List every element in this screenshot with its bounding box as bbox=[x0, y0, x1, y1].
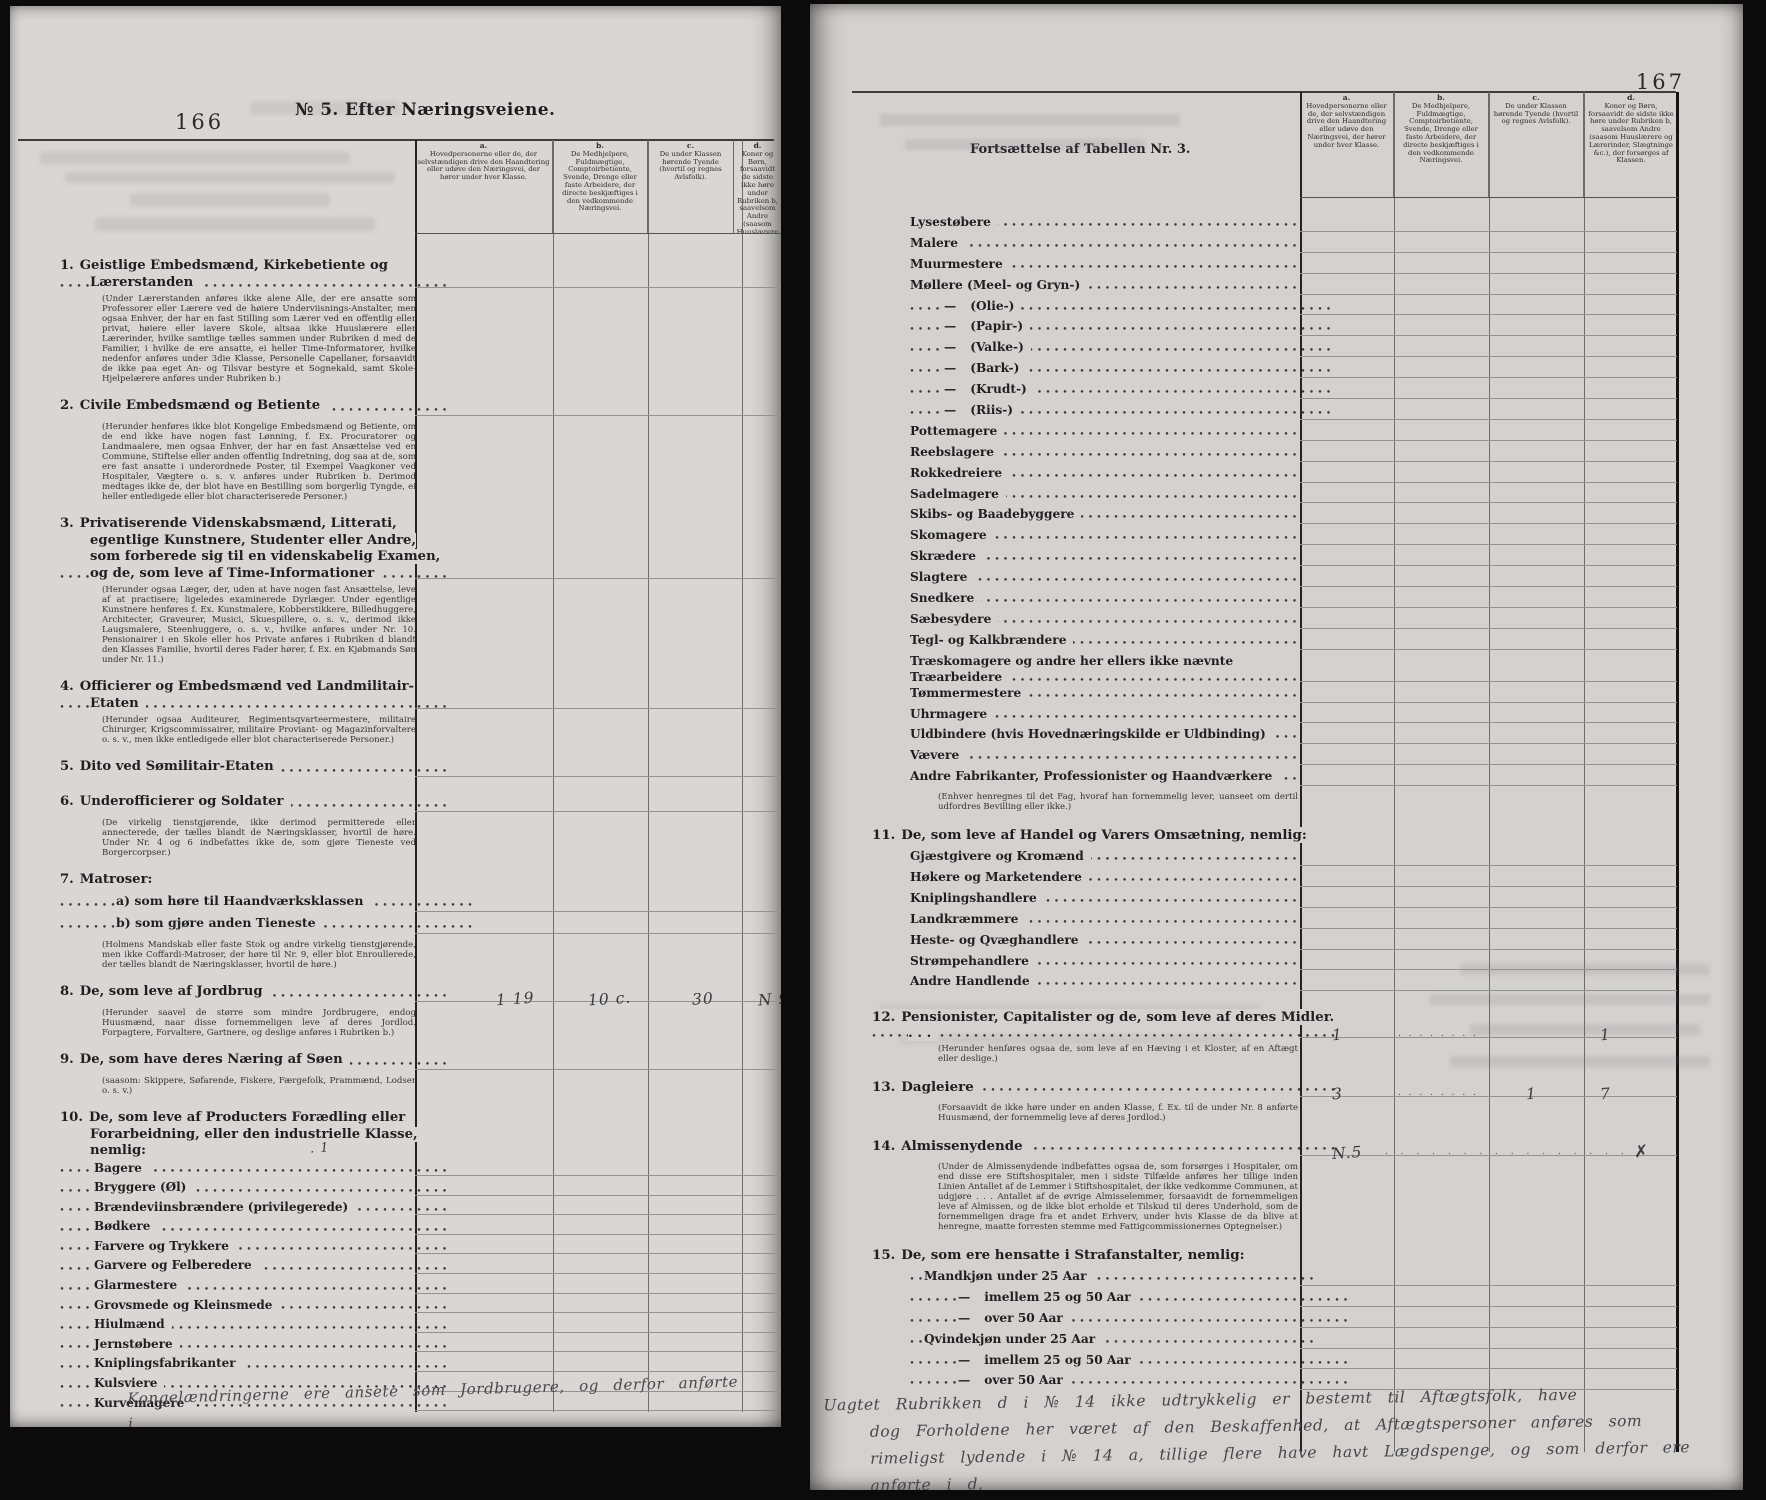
table-row-line bbox=[1300, 865, 1677, 866]
row-label: Grovsmede og Kleinsmede bbox=[94, 1298, 279, 1312]
row-text: Andre Handlende bbox=[910, 973, 1300, 989]
table-row-line bbox=[1300, 461, 1677, 462]
occupation-row: Uldbindere (hvis Hovednæringskilde er Ul… bbox=[810, 726, 1743, 747]
row-label: b) som gjøre anden Tieneste bbox=[116, 915, 323, 930]
row-text: a) som høre til Haandværksklassen bbox=[60, 893, 473, 910]
row-text: Kniplingsfabrikanter bbox=[60, 1355, 451, 1372]
row-label: Strømpehandlere bbox=[910, 954, 1036, 968]
row-note: (Herunder henføres ikke blot Kongelige E… bbox=[102, 422, 416, 502]
table-row-line bbox=[1300, 681, 1677, 682]
table-row-line bbox=[1300, 722, 1677, 723]
table-row-line bbox=[1300, 335, 1677, 336]
row-text: —over 50 Aar bbox=[910, 1310, 1348, 1326]
row-label: Dito ved Sømilitair-Etaten bbox=[80, 759, 281, 774]
occupation-row: 13.Dagleiere3. . . . . . . .17 bbox=[810, 1079, 1743, 1100]
row-label: Snedkere bbox=[910, 591, 981, 605]
occupation-row: 6.Underofficierer og Soldater bbox=[10, 794, 781, 815]
occupation-row: Vævere bbox=[810, 747, 1743, 768]
occupation-row: Bagere bbox=[10, 1160, 781, 1180]
occupation-row: 4.Officierer og Embedsmænd ved Landmilit… bbox=[10, 679, 781, 712]
table-row-line bbox=[1300, 440, 1677, 441]
row-number: 8. bbox=[60, 984, 80, 999]
handwritten-entry: 3 bbox=[1331, 1085, 1343, 1104]
occupation-row: Møllere (Meel- og Gryn-) bbox=[810, 277, 1743, 298]
occupation-row: Rokkedreiere bbox=[810, 465, 1743, 486]
row-label: Lysestøbere bbox=[910, 215, 998, 229]
occupation-row: Kniplingshandlere bbox=[810, 890, 1743, 911]
handwritten-entry: 10 c. bbox=[587, 989, 631, 1010]
row-number: 4. bbox=[60, 679, 80, 694]
table-row-line bbox=[1300, 502, 1677, 503]
occupation-row: Hiulmænd bbox=[10, 1316, 781, 1336]
row-number: 14. bbox=[872, 1138, 901, 1154]
table-row-line bbox=[1300, 1096, 1677, 1097]
row-text: —imellem 25 og 50 Aar bbox=[910, 1352, 1348, 1368]
occupation-row: Sadelmagere bbox=[810, 486, 1743, 507]
row-text: Snedkere bbox=[910, 590, 1300, 606]
row-label: over 50 Aar bbox=[984, 1311, 1070, 1325]
row-label: imellem 25 og 50 Aar bbox=[984, 1290, 1138, 1304]
handwritten-entry: 1 19 bbox=[495, 989, 535, 1010]
table-row-line bbox=[1300, 764, 1677, 765]
dash-mark: — bbox=[958, 1290, 984, 1304]
handwritten-entry: 1 bbox=[1331, 1026, 1343, 1045]
row-text: Strømpehandlere bbox=[910, 953, 1300, 969]
occupation-row: 8.De, som leve af Jordbrug1 1910 c.30N 9… bbox=[10, 984, 781, 1005]
column-letter: c. bbox=[650, 142, 731, 150]
column-letter: c. bbox=[1491, 94, 1581, 102]
column-header-b: b.De Medhjelpere, Fuldmægtige, Comptoirb… bbox=[1394, 92, 1489, 197]
column-header-text: De Medhjelpere, Fuldmægtige, Comptoirbet… bbox=[1403, 102, 1479, 165]
occupation-row: 9.De, som have deres Næring af Søen bbox=[10, 1052, 781, 1073]
row-label: Bødkere bbox=[94, 1219, 157, 1233]
occupation-row: Skomagere bbox=[810, 527, 1743, 548]
row-text: Bødkere bbox=[60, 1218, 451, 1235]
occupation-rows: LysestøbereMalereMuurmestereMøllere (Mee… bbox=[810, 214, 1743, 1393]
row-label: Sadelmagere bbox=[910, 487, 1006, 501]
occupation-row: Qvindekjøn under 25 Aar bbox=[810, 1331, 1743, 1352]
dash-mark: — bbox=[944, 403, 970, 417]
table-row-line bbox=[415, 1293, 781, 1294]
row-note: (Herunder ogsaa Læger, der, uden at have… bbox=[102, 585, 416, 665]
column-header-text: De under Klassen hørende Tyende (hvortil… bbox=[1494, 102, 1578, 126]
row-label: Pensionister, Capitalister og de, som le… bbox=[901, 1009, 1334, 1041]
row-text: Uldbindere (hvis Hovednæringskilde er Ul… bbox=[910, 726, 1300, 742]
row-label: De, som leve af Jordbrug bbox=[80, 984, 270, 999]
row-number: 15. bbox=[872, 1247, 901, 1263]
table-row-line bbox=[415, 1273, 781, 1274]
occupation-row: Strømpehandlere bbox=[810, 953, 1743, 974]
row-text: Grovsmede og Kleinsmede bbox=[60, 1297, 451, 1314]
dash-mark: — bbox=[958, 1311, 984, 1325]
handwritten-entry: N 97 bbox=[757, 989, 781, 1010]
row-text: 14.Almissenydende bbox=[872, 1138, 1336, 1154]
occupation-row: Jernstøbere bbox=[10, 1336, 781, 1356]
row-text: 13.Dagleiere bbox=[872, 1079, 1336, 1095]
row-label: Jernstøbere bbox=[94, 1337, 180, 1351]
row-label: Tømmermestere bbox=[910, 686, 1028, 700]
row-label: Glarmestere bbox=[94, 1278, 184, 1292]
row-text: Malere bbox=[910, 235, 1300, 251]
occupation-row: —imellem 25 og 50 Aar bbox=[810, 1352, 1743, 1373]
row-text: Uhrmagere bbox=[910, 706, 1300, 722]
occupation-row: 3.Privatiserende Videnskabsmænd, Littera… bbox=[10, 516, 781, 582]
occupation-row: Pottemagere bbox=[810, 423, 1743, 444]
occupation-row: —imellem 25 og 50 Aar bbox=[810, 1289, 1743, 1310]
table-row-line bbox=[415, 1195, 781, 1196]
table-row-line bbox=[415, 1234, 781, 1235]
row-number: 5. bbox=[60, 759, 80, 774]
occupation-row: Tegl- og Kalkbrændere bbox=[810, 632, 1743, 653]
row-label: imellem 25 og 50 Aar bbox=[984, 1353, 1138, 1367]
table-row-line bbox=[1300, 1327, 1677, 1328]
table-row-line bbox=[1300, 231, 1677, 232]
dash-mark: — bbox=[944, 299, 970, 313]
row-label: a) som høre til Haandværksklassen bbox=[116, 893, 370, 908]
column-letter: d. bbox=[736, 142, 779, 150]
occupation-row: Reebslagere bbox=[810, 444, 1743, 465]
row-label: over 50 Aar bbox=[984, 1373, 1070, 1387]
row-text: —imellem 25 og 50 Aar bbox=[910, 1289, 1348, 1305]
row-label: Tegl- og Kalkbrændere bbox=[910, 633, 1073, 647]
bleed-smudge bbox=[95, 218, 375, 231]
row-label: De, som leve af Producters Forædling ell… bbox=[89, 1110, 418, 1158]
occupation-row: 1.Geistlige Embedsmænd, Kirkebetiente og… bbox=[10, 258, 781, 291]
row-text: b) som gjøre anden Tieneste bbox=[60, 915, 473, 932]
row-text: Heste- og Qvæghandlere bbox=[910, 932, 1300, 948]
row-label: De, som ere hensatte i Strafanstalter, n… bbox=[901, 1247, 1251, 1263]
row-label: Dagleiere bbox=[901, 1079, 980, 1095]
occupation-row: Lysestøbere bbox=[810, 214, 1743, 235]
handwritten-entry: 1 bbox=[1599, 1026, 1611, 1045]
table-row-line bbox=[415, 1332, 781, 1333]
table-row-line bbox=[1300, 1368, 1677, 1369]
occupation-row: 11.De, som leve af Handel og Varers Omsæ… bbox=[810, 827, 1743, 848]
column-header-d: d.Koner og Børn, forsaavidt de sidste ik… bbox=[1584, 92, 1678, 197]
row-note: (Under de Almissenydende indbefattes ogs… bbox=[938, 1162, 1298, 1232]
row-text: Tømmermestere bbox=[910, 685, 1300, 701]
column-headers: a.Hovedpersonerne eller de, der selvstæn… bbox=[415, 140, 781, 234]
occupation-row: Bødkere bbox=[10, 1218, 781, 1238]
row-label: Uldbindere (hvis Hovednæringskilde er Ul… bbox=[910, 727, 1273, 741]
table-row-line bbox=[1300, 743, 1677, 744]
row-label: (Valke-) bbox=[970, 340, 1031, 354]
row-label: Matroser: bbox=[80, 872, 160, 887]
table-row-line bbox=[415, 811, 781, 812]
row-label: Heste- og Qvæghandlere bbox=[910, 933, 1086, 947]
handwritten-entry: . . . . . . . . . . . . . . . . bbox=[1385, 1147, 1629, 1157]
row-number: 10. bbox=[60, 1110, 89, 1125]
occupation-row: Træskomagere og andre her ellers ikke næ… bbox=[810, 653, 1743, 685]
row-text: —(Riis-) bbox=[910, 402, 1334, 418]
page-number-left: 166 bbox=[175, 110, 224, 134]
row-label: Skrædere bbox=[910, 549, 983, 563]
table-row-line bbox=[1300, 523, 1677, 524]
row-text: —(Krudt-) bbox=[910, 381, 1334, 397]
row-text: Sadelmagere bbox=[910, 486, 1300, 502]
row-text: —(Olie-) bbox=[910, 298, 1334, 314]
row-label: Civile Embedsmænd og Betiente bbox=[80, 398, 327, 413]
row-note: (Enhver henregnes til det Fag, hvoraf ha… bbox=[938, 792, 1298, 812]
row-text: Gjæstgivere og Kromænd bbox=[910, 848, 1300, 864]
row-number: 9. bbox=[60, 1052, 80, 1067]
row-text: Jernstøbere bbox=[60, 1336, 451, 1353]
row-number: 2. bbox=[60, 398, 80, 413]
occupation-row: —(Valke-) bbox=[810, 339, 1743, 360]
table-row-line bbox=[1300, 398, 1677, 399]
table-row-line bbox=[1300, 1037, 1677, 1038]
row-number: 6. bbox=[60, 794, 80, 809]
occupation-row: Skrædere bbox=[810, 548, 1743, 569]
occupation-row: Grovsmede og Kleinsmede bbox=[10, 1297, 781, 1317]
row-note: (De virkelig tienstgjørende, ikke derimo… bbox=[102, 818, 416, 858]
row-label: (Krudt-) bbox=[970, 382, 1034, 396]
row-text: 6.Underofficierer og Soldater bbox=[60, 794, 447, 811]
row-text: 5.Dito ved Sømilitair-Etaten bbox=[60, 759, 447, 776]
row-label: Træskomagere og andre her ellers ikke næ… bbox=[910, 654, 1233, 684]
column-header-text: Hovedpersonerne eller de, der selvstændi… bbox=[1306, 102, 1386, 149]
row-label: Garvere og Felberedere bbox=[94, 1258, 259, 1272]
column-header-d: d.Koner og Børn, forsaavidt de sidste ik… bbox=[734, 140, 781, 233]
row-text: 8.De, som leve af Jordbrug bbox=[60, 984, 447, 1001]
occupation-row: Uhrmagere bbox=[810, 706, 1743, 727]
row-number: 11. bbox=[872, 827, 901, 843]
table-row-line bbox=[1300, 377, 1677, 378]
occupation-row: 12.Pensionister, Capitalister og de, som… bbox=[810, 1009, 1743, 1041]
handwritten-note: Uagtet Rubrikken d i № 14 ikke udtrykkel… bbox=[823, 1380, 1736, 1490]
occupation-row: Gjæstgivere og Kromænd bbox=[810, 848, 1743, 869]
dash-mark: — bbox=[944, 319, 970, 333]
row-number: 13. bbox=[872, 1079, 901, 1095]
table-row-line bbox=[415, 1312, 781, 1313]
table-row-line bbox=[1300, 702, 1677, 703]
column-header-text: De Medhjelpere, Fuldmægtige, Comptoirbet… bbox=[562, 150, 638, 213]
row-text: 15.De, som ere hensatte i Strafanstalter… bbox=[872, 1247, 1336, 1263]
row-label: Bagere bbox=[94, 1161, 149, 1175]
row-text: Pottemagere bbox=[910, 423, 1300, 439]
row-label: Slagtere bbox=[910, 570, 974, 584]
row-label: Kniplingshandlere bbox=[910, 891, 1044, 905]
occupation-row: 10.De, som leve af Producters Forædling … bbox=[10, 1110, 781, 1160]
row-label: (Olie-) bbox=[970, 299, 1021, 313]
row-text: 11.De, som leve af Handel og Varers Omsæ… bbox=[872, 827, 1336, 843]
row-label: De, som leve af Handel og Varers Omsætni… bbox=[901, 827, 1314, 843]
table-row-line bbox=[1300, 586, 1677, 587]
table-row-line bbox=[1300, 949, 1677, 950]
table-row-line bbox=[1300, 419, 1677, 420]
column-header-a: a.Hovedpersonerne eller de, der selvstæn… bbox=[415, 140, 553, 233]
row-label: Vævere bbox=[910, 748, 966, 762]
table-row-line bbox=[415, 578, 781, 579]
handwritten-entry: 1 bbox=[1525, 1085, 1537, 1104]
table-row-line bbox=[415, 933, 781, 934]
occupation-row: —(Papir-) bbox=[810, 318, 1743, 339]
row-number: 3. bbox=[60, 516, 80, 531]
handwritten-entry: ✗ bbox=[1633, 1142, 1650, 1163]
table-row-line bbox=[1300, 356, 1677, 357]
column-header-text: De under Klassen hørende Tyende (hvortil… bbox=[659, 150, 721, 181]
row-note: (saasom: Skippere, Søfarende, Fiskere, F… bbox=[102, 1076, 416, 1096]
row-label: Skibs- og Baadebyggere bbox=[910, 507, 1081, 521]
dash-mark: — bbox=[944, 361, 970, 375]
row-note: (Holmens Mandskab eller faste Stok og an… bbox=[102, 940, 416, 970]
occupation-rows: 1.Geistlige Embedsmænd, Kirkebetiente og… bbox=[10, 244, 781, 1414]
scanned-census-spread: 166 № 5. Efter Næringsveiene. a.Hovedper… bbox=[0, 0, 1766, 1500]
row-text: Slagtere bbox=[910, 569, 1300, 585]
row-text: Bryggere (Øl) bbox=[60, 1179, 451, 1196]
table-row-line bbox=[415, 1253, 781, 1254]
table-row-line bbox=[1300, 928, 1677, 929]
handwritten-entry: 7 bbox=[1599, 1085, 1611, 1104]
occupation-row: Høkere og Marketendere bbox=[810, 869, 1743, 890]
occupation-row: a) som høre til Haandværksklassen bbox=[10, 893, 781, 915]
page-right-167: 167 Fortsættelse af Tabellen Nr. 3. a.Ho… bbox=[810, 4, 1743, 1490]
row-label: Reebslagere bbox=[910, 445, 1001, 459]
row-text: Farvere og Trykkere bbox=[60, 1238, 451, 1255]
occupation-row: —over 50 Aar bbox=[810, 1310, 1743, 1331]
row-label: Almissenydende bbox=[901, 1138, 1029, 1154]
occupation-row: Andre Fabrikanter, Professionister og Ha… bbox=[810, 768, 1743, 789]
row-label: Landkræmmere bbox=[910, 912, 1025, 926]
occupation-row: Farvere og Trykkere bbox=[10, 1238, 781, 1258]
occupation-row: 5.Dito ved Sømilitair-Etaten bbox=[10, 759, 781, 780]
row-text: 12.Pensionister, Capitalister og de, som… bbox=[872, 1009, 1336, 1041]
table-row-line bbox=[415, 1351, 781, 1352]
row-label: (Riis-) bbox=[970, 403, 1020, 417]
row-text: Glarmestere bbox=[60, 1277, 451, 1294]
row-text: 9.De, som have deres Næring af Søen bbox=[60, 1052, 447, 1069]
table-row-line bbox=[415, 1214, 781, 1215]
table-row-line bbox=[1300, 607, 1677, 608]
row-label: (Bark-) bbox=[970, 361, 1026, 375]
occupation-row: Sæbesydere bbox=[810, 611, 1743, 632]
table-row-line bbox=[415, 708, 781, 709]
row-label: Pottemagere bbox=[910, 424, 1004, 438]
row-label: De, som have deres Næring af Søen bbox=[80, 1052, 350, 1067]
row-label: Rokkedreiere bbox=[910, 466, 1009, 480]
row-text: 4.Officierer og Embedsmænd ved Landmilit… bbox=[60, 679, 447, 712]
row-label: Mandkjøn under 25 Aar bbox=[924, 1269, 1094, 1283]
row-number: 1. bbox=[60, 258, 80, 273]
occupation-row: Slagtere bbox=[810, 569, 1743, 590]
handwritten-entry: 30 bbox=[691, 989, 714, 1008]
handwritten-entry: N.5 bbox=[1331, 1143, 1363, 1163]
row-text: Muurmestere bbox=[910, 256, 1300, 272]
column-header-a: a.Hovedpersonerne eller de, der selvstæn… bbox=[1300, 92, 1394, 197]
occupation-row: Landkræmmere bbox=[810, 911, 1743, 932]
table-row-line bbox=[415, 415, 781, 416]
column-header-text: Koner og Børn, forsaavidt de sidste ikke… bbox=[1588, 102, 1673, 165]
table-row-line bbox=[1300, 482, 1677, 483]
occupation-row: Mandkjøn under 25 Aar bbox=[810, 1268, 1743, 1289]
table-row-line bbox=[415, 911, 781, 912]
column-headers: a.Hovedpersonerne eller de, der selvstæn… bbox=[1300, 92, 1678, 198]
row-label: Farvere og Trykkere bbox=[94, 1239, 236, 1253]
row-text: Bagere bbox=[60, 1160, 451, 1177]
row-text: Sæbesydere bbox=[910, 611, 1300, 627]
bleed-smudge bbox=[65, 172, 395, 183]
row-label: Bryggere (Øl) bbox=[94, 1180, 193, 1194]
occupation-row: 15.De, som ere hensatte i Strafanstalter… bbox=[810, 1247, 1743, 1268]
row-label: Brændeviinsbrændere (privilegerede) bbox=[94, 1200, 355, 1214]
column-letter: b. bbox=[1396, 94, 1486, 102]
row-text: —(Valke-) bbox=[910, 339, 1334, 355]
row-text: —(Papir-) bbox=[910, 318, 1334, 334]
bleed-smudge bbox=[130, 194, 330, 206]
bleed-smudge bbox=[880, 114, 1180, 126]
dash-mark: — bbox=[944, 382, 970, 396]
occupation-row: Heste- og Qvæghandlere bbox=[810, 932, 1743, 953]
occupation-row: 14.AlmissenydendeN.5. . . . . . . . . . … bbox=[810, 1138, 1743, 1159]
bleed-smudge bbox=[40, 152, 350, 164]
row-text: Brændeviinsbrændere (privilegerede) bbox=[60, 1199, 451, 1216]
page-left-166: 166 № 5. Efter Næringsveiene. a.Hovedper… bbox=[10, 6, 781, 1427]
row-text: Landkræmmere bbox=[910, 911, 1300, 927]
row-label: Hiulmænd bbox=[94, 1317, 172, 1331]
handwritten-entry: . . . . . . . . bbox=[1398, 1029, 1478, 1039]
row-label: Skomagere bbox=[910, 528, 994, 542]
row-label: Andre Handlende bbox=[910, 974, 1037, 988]
row-text: Høkere og Marketendere bbox=[910, 869, 1300, 885]
occupation-row: Tømmermestere bbox=[810, 685, 1743, 706]
table-row-line bbox=[1300, 1348, 1677, 1349]
occupation-row: 7.Matroser: bbox=[10, 872, 781, 893]
row-label: Sæbesydere bbox=[910, 612, 998, 626]
occupation-row: Garvere og Felberedere bbox=[10, 1257, 781, 1277]
row-text: Mandkjøn under 25 Aar bbox=[910, 1268, 1314, 1284]
table-row-line bbox=[1300, 649, 1677, 650]
row-number: 7. bbox=[60, 872, 80, 887]
row-text: Vævere bbox=[910, 747, 1300, 763]
row-text: Møllere (Meel- og Gryn-) bbox=[910, 277, 1300, 293]
occupation-row: Brændeviinsbrændere (privilegerede) bbox=[10, 1199, 781, 1219]
occupation-row: Malere bbox=[810, 235, 1743, 256]
row-label: (Papir-) bbox=[970, 319, 1030, 333]
row-label: Officierer og Embedsmænd ved Landmilitai… bbox=[80, 679, 414, 711]
table-row-line bbox=[1300, 990, 1677, 991]
row-text: Lysestøbere bbox=[910, 214, 1300, 230]
table-row-line bbox=[1300, 565, 1677, 566]
row-text: Garvere og Felberedere bbox=[60, 1257, 451, 1274]
row-text: Andre Fabrikanter, Professionister og Ha… bbox=[910, 768, 1300, 784]
table-row-line bbox=[1300, 252, 1677, 253]
row-label: Kniplingsfabrikanter bbox=[94, 1356, 243, 1370]
row-text: Rokkedreiere bbox=[910, 465, 1300, 481]
row-text: 10.De, som leve af Producters Forædling … bbox=[60, 1110, 447, 1160]
row-label: Privatiserende Videnskabsmænd, Litterati… bbox=[80, 516, 440, 581]
table-row-line bbox=[1300, 294, 1677, 295]
row-text: Skrædere bbox=[910, 548, 1300, 564]
row-label: Høkere og Marketendere bbox=[910, 870, 1089, 884]
dash-mark: — bbox=[958, 1353, 984, 1367]
row-text: Hiulmænd bbox=[60, 1316, 451, 1333]
occupation-row: —(Riis-) bbox=[810, 402, 1743, 423]
occupation-row: 2.Civile Embedsmænd og Betiente bbox=[10, 398, 781, 419]
occupation-row: Andre Handlende bbox=[810, 973, 1743, 994]
dash-mark: — bbox=[944, 340, 970, 354]
table-row-line bbox=[1300, 314, 1677, 315]
table-row-line bbox=[1300, 628, 1677, 629]
handwritten-entry: . 1 bbox=[310, 1140, 331, 1156]
row-note: (Herunder ogsaa Auditeurer, Regimentsqva… bbox=[102, 715, 416, 745]
table-row-line bbox=[1300, 273, 1677, 274]
row-text: Træskomagere og andre her ellers ikke næ… bbox=[910, 653, 1300, 685]
table-row-line bbox=[1300, 907, 1677, 908]
column-letter: b. bbox=[555, 142, 645, 150]
row-text: Skomagere bbox=[910, 527, 1300, 543]
occupation-row: Snedkere bbox=[810, 590, 1743, 611]
column-header-c: c.De under Klassen hørende Tyende (hvort… bbox=[1489, 92, 1584, 197]
